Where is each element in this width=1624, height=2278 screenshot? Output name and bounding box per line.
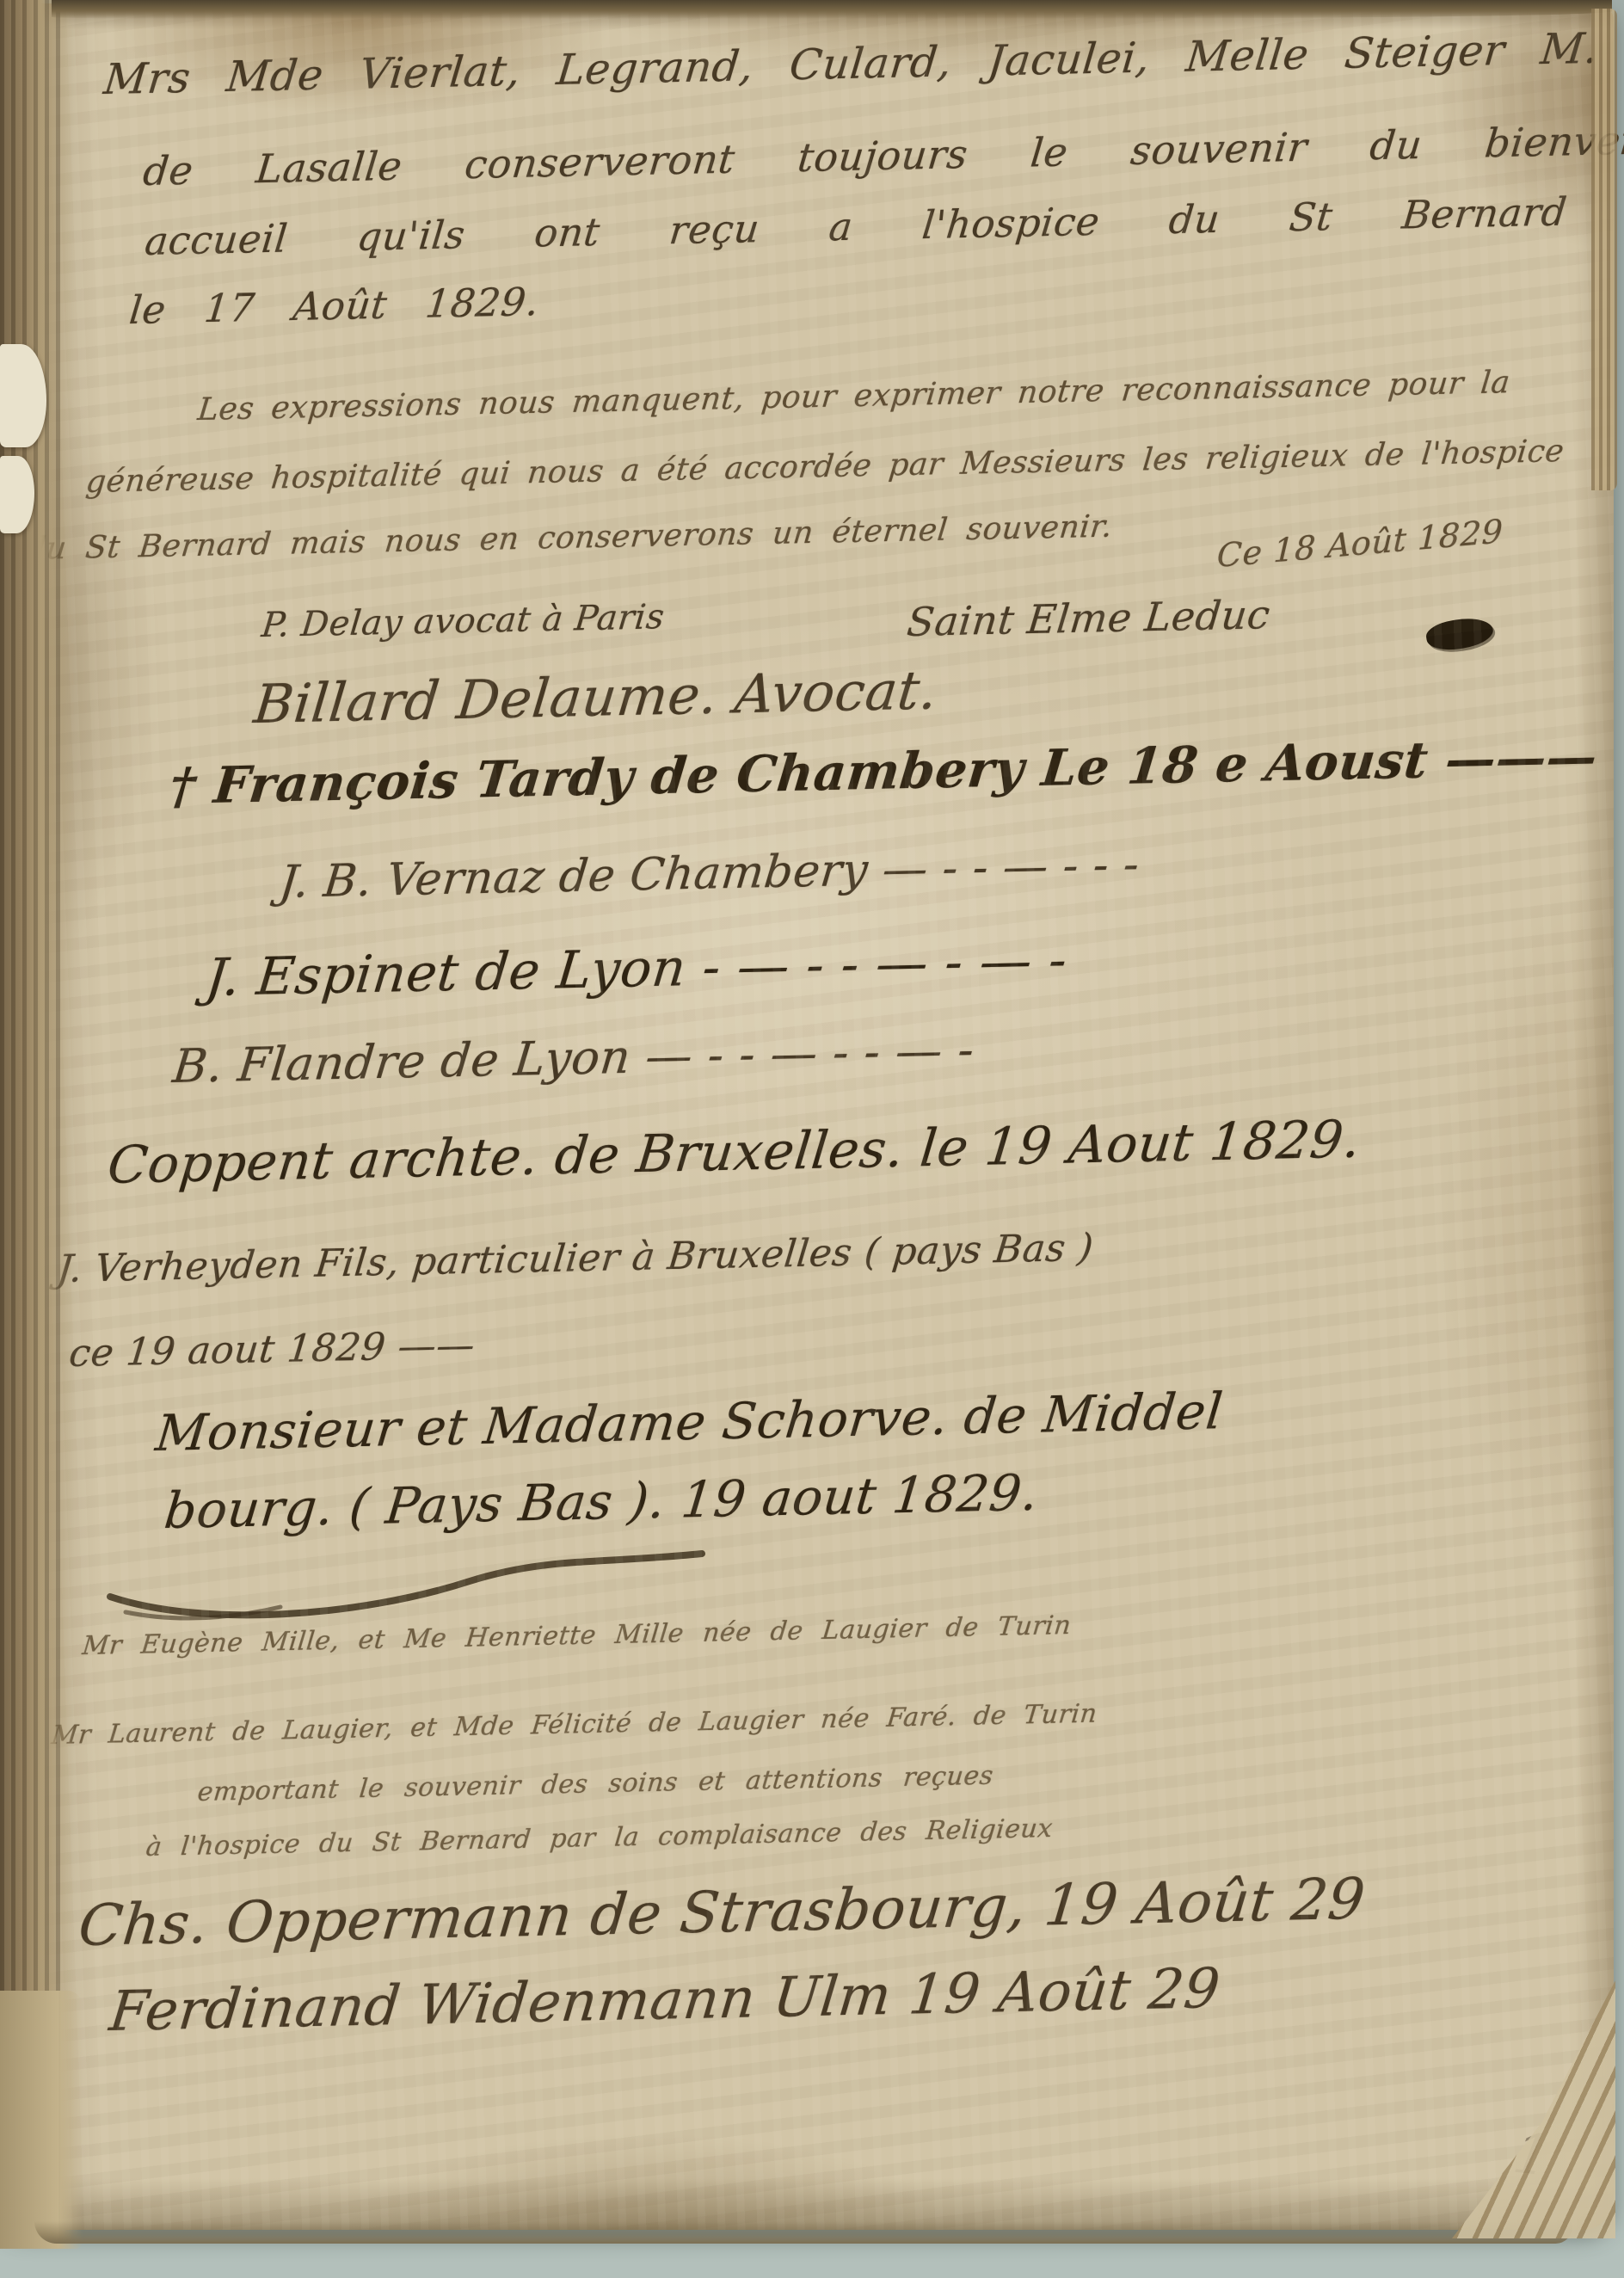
ms-line-hospitalite: généreuse hospitalité qui nous a été acc…: [84, 434, 1566, 500]
book-binding-edge: [0, 0, 74, 2244]
signature-vernaz: J. B. Vernaz de Chambery — - - — - - -: [277, 839, 1141, 908]
signature-delay: P. Delay avocat à Paris: [260, 597, 667, 645]
ms-line-names-header: Mrs Mde Vierlat, Legrand, Culard, Jacule…: [101, 20, 1624, 104]
signature-espinet: J. Espinet de Lyon - — - - — - — -: [203, 930, 1070, 1008]
signature-tardy: † François Tardy de Chambery Le 18 e Aou…: [167, 727, 1600, 816]
entry-mille: Mr Eugène Mille, et Me Henriette Mille n…: [81, 1610, 1073, 1661]
binding-texture: [0, 0, 60, 2244]
signature-widenmann: Ferdinand Widenmann Ulm 19 Août 29: [107, 1957, 1223, 2044]
ink-blot: [1424, 614, 1495, 654]
manuscript-page: Mrs Mde Vierlat, Legrand, Culard, Jacule…: [5, 3, 1614, 2230]
signature-leduc: Saint Elme Leduc: [905, 591, 1272, 645]
scanned-document: Mrs Mde Vierlat, Legrand, Culard, Jacule…: [0, 0, 1624, 2278]
ms-line-expressions: Les expressions nous manquent, pour expr…: [196, 365, 1512, 428]
page-stack-top-edge: [52, 0, 1612, 19]
ms-line-date-18-aout: Ce 18 Août 1829: [1216, 512, 1504, 575]
entry-laugier-3: à l'hospice du St Bernard par la complai…: [145, 1813, 1055, 1862]
ms-line-date-17-aout: le 17 Août 1829.: [127, 279, 541, 333]
page-stack-right-edge: [1591, 9, 1617, 490]
signature-billard: Billard Delaume. Avocat.: [251, 658, 940, 736]
entry-laugier-2: emportant le souvenir des soins et atten…: [196, 1761, 994, 1807]
book-board-corner: [0, 1991, 83, 2249]
signature-schorve-1: Monsieur et Madame Schorve. de Middel: [153, 1382, 1226, 1462]
signature-schorve-2: bourg. ( Pays Bas ). 19 aout 1829.: [162, 1463, 1041, 1540]
signature-verheyden-date: ce 19 aout 1829 ——: [67, 1323, 477, 1376]
signature-oppermann: Chs. Oppermann de Strasbourg, 19 Août 29: [76, 1866, 1369, 1959]
signature-flandre: B. Flandre de Lyon — - - — - - — -: [170, 1023, 977, 1093]
ms-line-lasalle: de Lasalle conserveront toujours le souv…: [141, 115, 1624, 194]
deckled-bottom-edge: [34, 2221, 1572, 2244]
entry-laugier-1: Mr Laurent de Laugier, et Mde Félicité d…: [50, 1699, 1098, 1751]
signature-flourish: [100, 1543, 719, 1629]
ms-line-accueil: accueil qu'ils ont reçu a l'hospice du S…: [143, 188, 1569, 264]
ms-line-souvenir: du St Bernard mais nous en conserverons …: [24, 509, 1114, 567]
signature-coppent: Coppent archte. de Bruxelles. le 19 Aout…: [105, 1110, 1363, 1196]
signature-verheyden: J. Verheyden Fils, particulier à Bruxell…: [55, 1226, 1096, 1291]
